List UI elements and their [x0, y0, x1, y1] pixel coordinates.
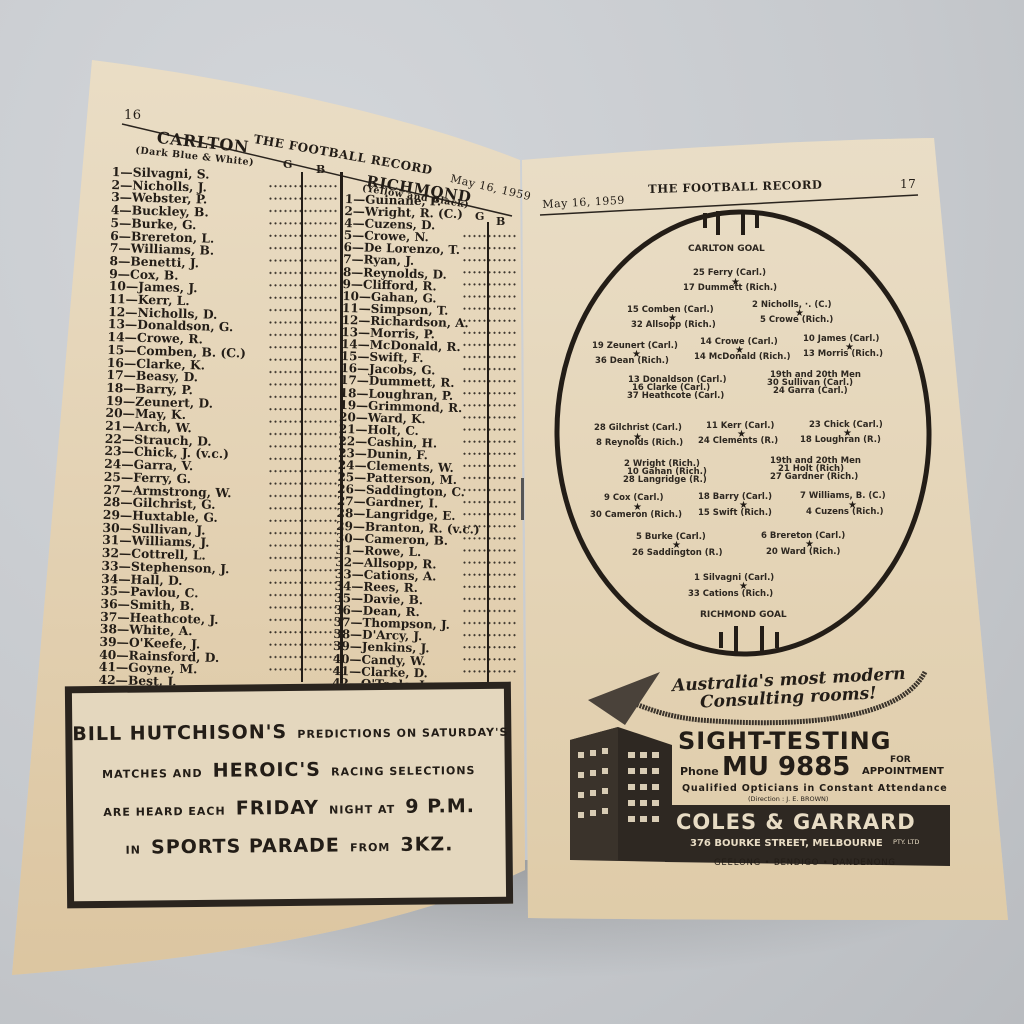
building-icon: [570, 727, 672, 862]
optician-ad-graphics: [0, 0, 1024, 1024]
ad-phone-number: MU 9885: [722, 752, 850, 782]
ad-headline: SIGHT-TESTING: [678, 727, 891, 755]
arrow-icon: [588, 672, 660, 725]
ad-appointment: APPOINTMENT: [862, 766, 944, 777]
ad-phone-label: Phone: [680, 765, 719, 778]
ad-branches: GEELONG • BENDIGO • DANDENONG: [714, 858, 896, 868]
ad-qualified: Qualified Opticians in Constant Attendan…: [682, 783, 948, 794]
ad-for: FOR: [890, 755, 911, 765]
ad-direction: (Direction : J. E. BROWN): [748, 795, 828, 803]
ad-company-suffix: PTY. LTD: [893, 838, 919, 846]
ad-address: 376 BOURKE STREET, MELBOURNE: [690, 838, 883, 849]
ad-company: COLES & GARRARD: [676, 810, 916, 834]
